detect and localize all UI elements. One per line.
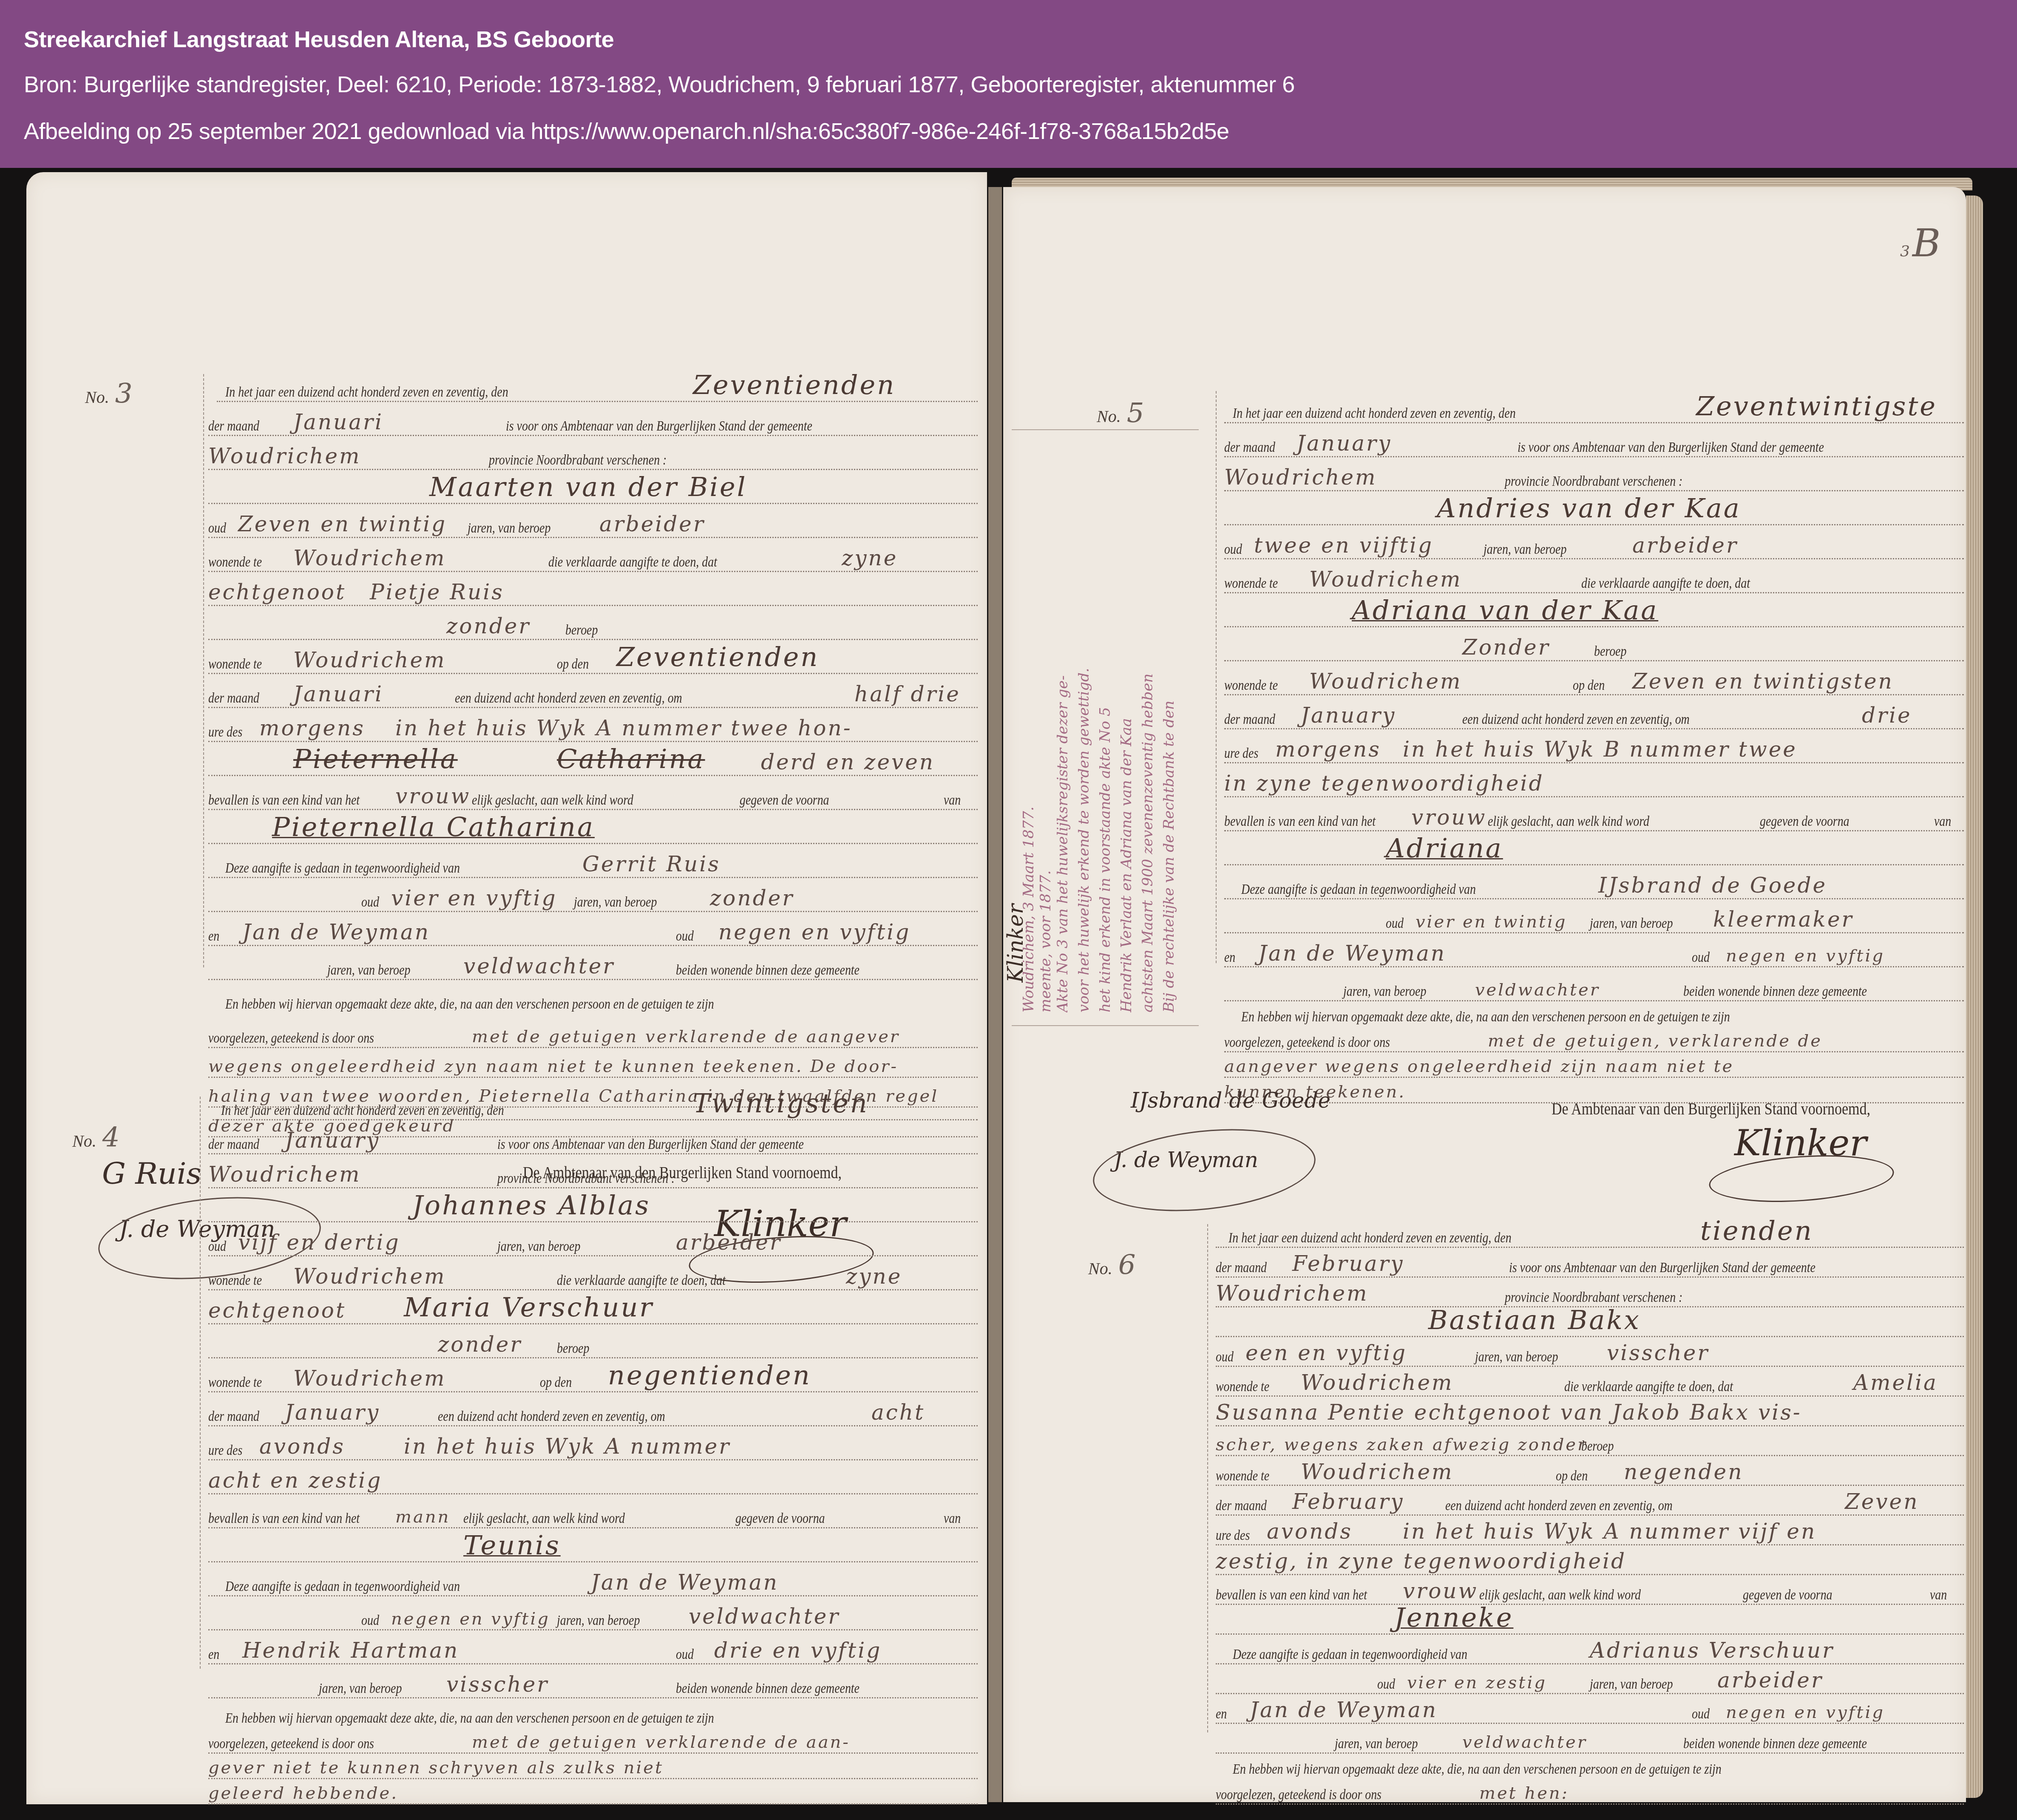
child-given-names: Pieternella Catharina <box>272 811 595 842</box>
book-gutter <box>988 187 1002 1802</box>
declarant-name: Bastiaan Bakx <box>1428 1304 1641 1335</box>
margin-signature: Klinker <box>1003 813 1033 983</box>
column-divider <box>1207 1224 1208 1734</box>
header-source: Bron: Burgerlijke standregister, Deel: 6… <box>24 71 1295 98</box>
witness-2: Jan de Weyman <box>1250 1698 1438 1722</box>
declarant-name: Johannes Alblas <box>412 1190 650 1221</box>
witness-2: Hendrik Hartman <box>242 1638 459 1663</box>
mother-name: Susanna Pentie echtgenoot van Jakob Bakx… <box>1216 1400 1802 1425</box>
witness-2: Jan de Weyman <box>1258 941 1446 966</box>
column-divider <box>200 1097 201 1670</box>
record-number: No.5 <box>1097 397 1144 429</box>
record-number: No.6 <box>1088 1250 1135 1281</box>
record-number: No.4 <box>72 1122 119 1154</box>
declarant-name: Andries van der Kaa <box>1437 493 1741 524</box>
page-edge-right <box>1966 196 1983 1798</box>
witness-1: Adrianus Verschuur <box>1590 1638 1834 1663</box>
signature-witness-1: IJsbrand de Goede <box>1131 1088 1330 1113</box>
record-number: No.3 <box>85 378 132 410</box>
column-divider <box>203 374 204 969</box>
witness-1: Jan de Weyman <box>591 1570 779 1595</box>
margin-annotation: Bij de rechtelijke van de Rechtbank te d… <box>1012 429 1199 1026</box>
column-divider <box>1216 391 1217 965</box>
mother-name: Pietje Ruis <box>370 580 504 604</box>
child-given-names: Teunis <box>463 1530 561 1561</box>
mother-name: Adriana van der Kaa <box>1352 595 1658 626</box>
declarant-name: Maarten van der Biel <box>429 471 747 502</box>
official-caption: De Ambtenaar van den Burgerlijken Stand … <box>1552 1099 1870 1119</box>
signature-witness-2: J. de Weyman <box>1114 1148 1258 1172</box>
witness-1: Gerrit Ruis <box>582 852 721 876</box>
official-signature: Klinker <box>1734 1122 1867 1164</box>
mother-name: Maria Verschuur <box>404 1292 654 1323</box>
header-download-link[interactable]: Afbeelding op 25 september 2021 gedownlo… <box>24 118 1229 145</box>
page-number: 3B <box>1900 221 1940 266</box>
header-title: Streekarchief Langstraat Heusden Altena,… <box>24 26 614 53</box>
archive-header: Streekarchief Langstraat Heusden Altena,… <box>0 0 2017 168</box>
child-given-names: Adriana <box>1386 833 1503 864</box>
witness-1: IJsbrand de Goede <box>1598 873 1827 898</box>
signature-witness-1: G Ruis <box>102 1156 201 1191</box>
child-given-names: Jenneke <box>1394 1602 1513 1633</box>
witness-2: Jan de Weyman <box>242 920 430 944</box>
